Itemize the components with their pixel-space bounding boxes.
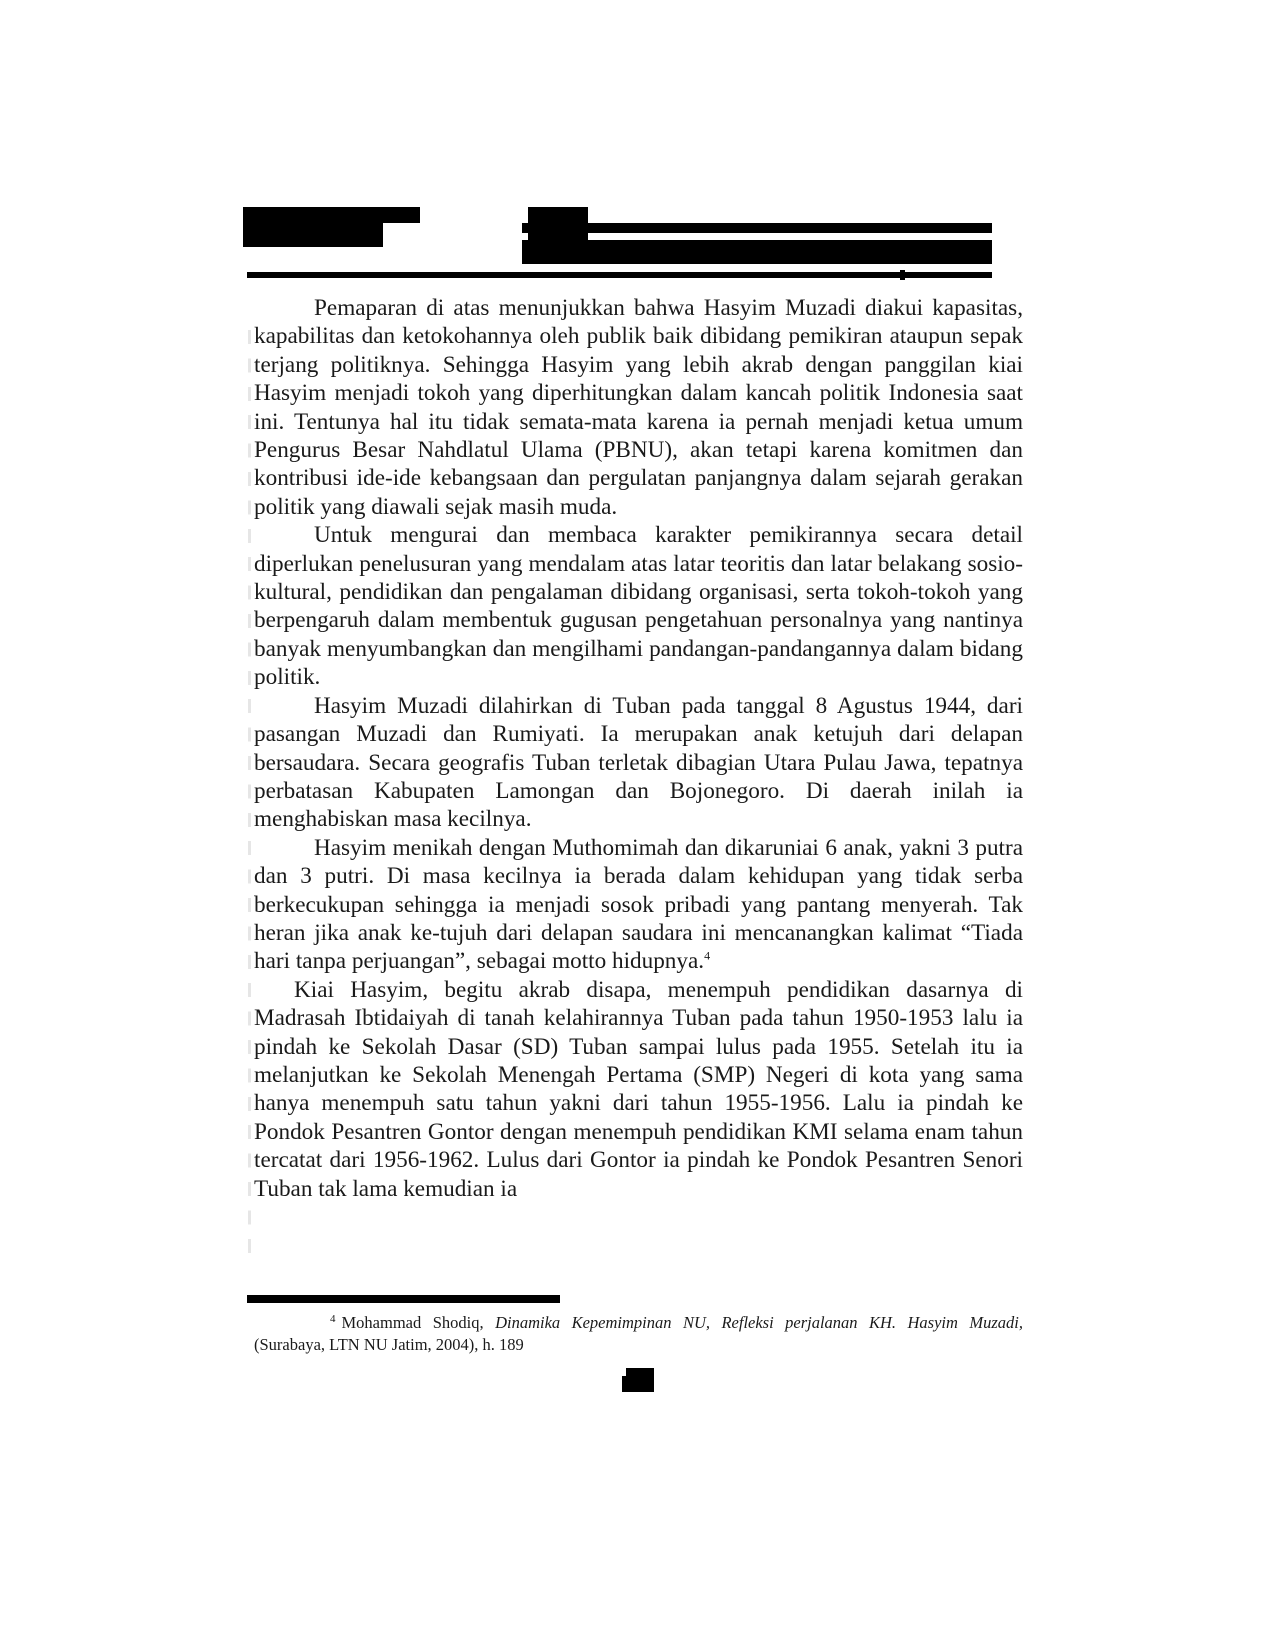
footnote-number: 4 <box>330 1313 336 1325</box>
footnote-reference[interactable]: 4 <box>704 949 710 963</box>
header-rule <box>247 272 992 278</box>
footnote-rule <box>247 1295 560 1303</box>
running-header-right-redacted <box>522 240 992 264</box>
running-header-left-redacted-mark <box>370 223 376 231</box>
paragraph-2: Untuk mengurai dan membaca karakter pemi… <box>254 521 1023 691</box>
paragraph-5: Kiai Hasyim, begitu akrab disapa, menemp… <box>254 976 1023 1203</box>
footnote-entry: 4Mohammad Shodiq, Dinamika Kepemimpinan … <box>254 1312 1023 1356</box>
body-text: Pemaparan di atas menunjukkan bahwa Hasy… <box>254 294 1023 1203</box>
page-number-redacted <box>626 1368 654 1392</box>
paragraph-4-text: Hasyim menikah dengan Muthomimah dan dik… <box>254 835 1023 975</box>
header-rule-tick <box>900 270 905 280</box>
paragraph-1: Pemaparan di atas menunjukkan bahwa Hasy… <box>254 294 1023 521</box>
paragraph-3: Hasyim Muzadi dilahirkan di Tuban pada t… <box>254 692 1023 834</box>
footnote-title: Dinamika Kepemimpinan NU, Refleksi perja… <box>495 1313 1023 1332</box>
scan-margin-artifacts <box>248 330 251 1260</box>
running-header-right-redacted-mid <box>522 223 992 233</box>
footnote-publication: (Surabaya, LTN NU Jatim, 2004), h. 189 <box>254 1335 524 1354</box>
paragraph-4: Hasyim menikah dengan Muthomimah dan dik… <box>254 834 1023 976</box>
footnote: 4Mohammad Shodiq, Dinamika Kepemimpinan … <box>254 1312 1023 1356</box>
footnote-author: Mohammad Shodiq, <box>342 1313 484 1332</box>
running-header-left-redacted-ext <box>260 207 420 223</box>
